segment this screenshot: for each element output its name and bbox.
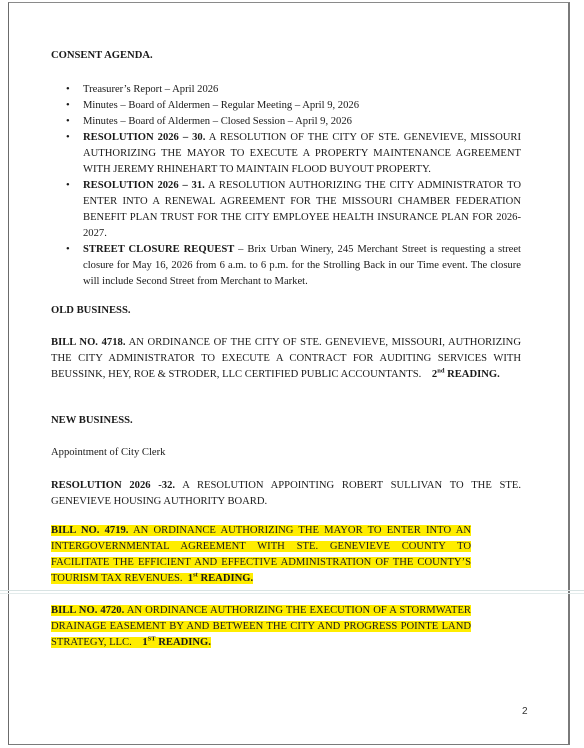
resolution-2026-32: RESOLUTION 2026 -32. A RESOLUTION APPOIN… (51, 478, 521, 510)
page-number: 2 (522, 706, 528, 717)
appointment-item: Appointment of City Clerk (51, 445, 471, 461)
list-item: Minutes – Board of Aldermen – Regular Me… (51, 98, 521, 114)
page-break-rule (0, 590, 584, 594)
bill-4719: BILL NO. 4719. AN ORDINANCE AUTHORIZING … (51, 523, 471, 587)
list-item: RESOLUTION 2026 – 30. A RESOLUTION OF TH… (51, 130, 521, 178)
list-item: STREET CLOSURE REQUEST – Brix Urban Wine… (51, 242, 521, 290)
new-business-heading: NEW BUSINESS. (51, 413, 471, 429)
consent-agenda-heading: CONSENT AGENDA. (51, 48, 471, 64)
bill-4720: BILL NO. 4720. AN ORDINANCE AUTHORIZING … (51, 603, 471, 651)
list-item: Treasurer’s Report – April 2026 (51, 82, 521, 98)
bill-4718: BILL NO. 4718. AN ORDINANCE OF THE CITY … (51, 335, 521, 383)
old-business-heading: OLD BUSINESS. (51, 303, 471, 319)
list-item: Minutes – Board of Aldermen – Closed Ses… (51, 114, 521, 130)
consent-agenda-list: Treasurer’s Report – April 2026 Minutes … (51, 82, 521, 290)
list-item: RESOLUTION 2026 – 31. A RESOLUTION AUTHO… (51, 178, 521, 242)
